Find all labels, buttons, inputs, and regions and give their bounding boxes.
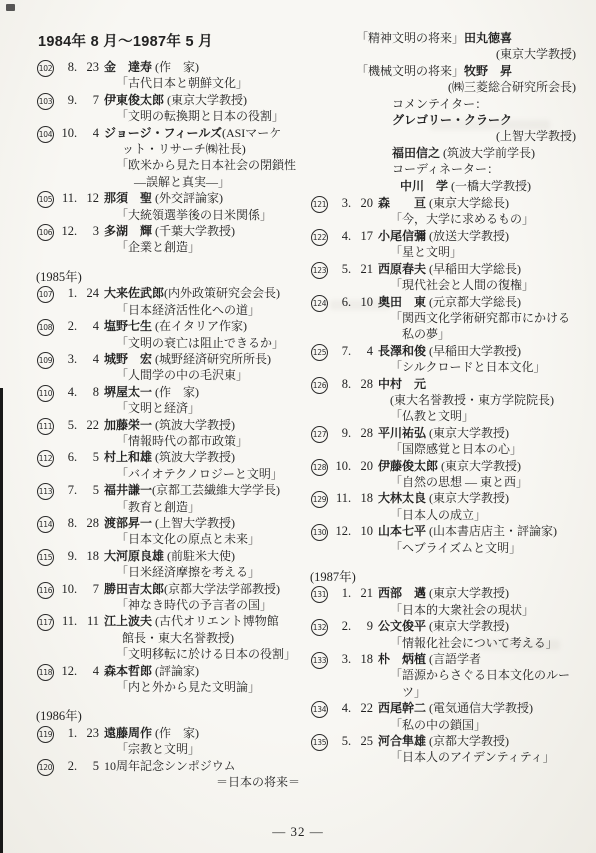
speaker-affiliation: (筑波大学前学長) (440, 146, 535, 160)
speaker-affiliation: (東京大学教授) (438, 459, 521, 473)
entry-body: 大河原良雄 (前駐米大使)「日米経済摩擦を考える」 (104, 548, 300, 581)
entry-body: 江上波夫 (古代オリエント博物館館長・東大名誉教授)「文明移転に於ける日本の役割… (104, 613, 300, 662)
entry-month: 2 (59, 318, 74, 334)
entry-date: 7.5 (59, 482, 99, 498)
entry-number-badge: 115 (37, 549, 54, 566)
speaker-affiliation: (内外政策研究会会長) (164, 286, 280, 300)
lecture-title: 「国際感覚と日本の心」 (378, 441, 576, 457)
entry-number-badge: 102 (37, 60, 54, 77)
entry-date: 9.7 (59, 92, 99, 108)
speaker-affiliation: (京都大学教授) (426, 734, 509, 748)
lecture-title: 「自然の思想 ― 東と西」 (378, 474, 576, 490)
entry-month: 9 (59, 548, 74, 564)
entry-month: 12 (59, 663, 74, 679)
speaker-line: 金 達寿 (作 家) (104, 59, 300, 75)
entry-number-badge: 112 (37, 450, 54, 467)
speaker-line: 福井謙一(京都工芸繊維大学学長) (104, 482, 300, 498)
speaker-name: 長澤和俊 (378, 344, 426, 358)
speaker-line: 伊藤俊太郎 (東京大学教授) (378, 458, 576, 474)
speaker-line: 中川 学 (一橋大学教授) (310, 178, 576, 194)
entry-date: 1.21 (333, 585, 373, 601)
lecture-entry: 1333.18朴 炳植 (言語学者「語源からさぐる日本文化のルーツ」 (310, 651, 576, 700)
lecture-title: 「古代日本と朝鮮文化」 (104, 75, 300, 91)
left-column: 1984年 8 月〜1987年 5 月 1028.23金 達寿 (作 家)「古代… (36, 30, 300, 790)
entry-month: 7 (59, 482, 74, 498)
lecture-title: 「星と文明」 (378, 244, 576, 260)
entry-day: 5 (80, 482, 99, 498)
session-title: 「機械文明の将来」 (356, 64, 464, 78)
speaker-name: 村上和雄 (104, 450, 152, 464)
entry-date: 12.3 (59, 223, 99, 239)
entry-body: 大林太良 (東京大学教授)「日本人の成立」 (378, 490, 576, 523)
entry-body: 山本七平 (山本書店店主・評論家)「ヘブライズムと文明」 (378, 523, 576, 556)
speaker-line: 大来佐武郎(内外政策研究会会長) (104, 285, 300, 301)
lecture-title: 「文明移転に於ける日本の役割」 (104, 646, 300, 662)
entry-body: 平川祐弘 (東京大学教授)「国際感覚と日本の心」 (378, 425, 576, 458)
speaker-affiliation: (外交評論家) (152, 191, 223, 205)
speaker-line: 西尾幹二 (電気通信大学教授) (378, 700, 576, 716)
entry-number-badge: 133 (311, 652, 328, 669)
speaker-line: 塩野七生 (在イタリア作家) (104, 318, 300, 334)
speaker-name: 森本哲郎 (104, 664, 152, 678)
speaker-affiliation: (京都工芸繊維大学学長) (152, 483, 280, 497)
speaker-name: 平川祐弘 (378, 426, 426, 440)
entry-day: 10 (354, 523, 373, 539)
speaker-line: 河合隼雄 (京都大学教授) (378, 733, 576, 749)
entry-month: 5 (333, 733, 348, 749)
speaker-name: 西原春夫 (378, 262, 426, 276)
speaker-affiliation: (千葉大学教授) (152, 224, 235, 238)
entry-date: 3.4 (59, 351, 99, 367)
entry-body: 森本哲郎 (評論家)「内と外から見た文明論」 (104, 663, 300, 696)
speaker-name: 渡部昇一 (104, 516, 152, 530)
speaker-line: 朴 炳植 (言語学者 (378, 651, 576, 667)
lecture-entry: 1159.18大河原良雄 (前駐米大使)「日米経済摩擦を考える」 (36, 548, 300, 581)
entry-day: 18 (80, 548, 99, 564)
speaker-line: 西部 邁 (東京大学教授) (378, 585, 576, 601)
speaker-name: 加藤栄一 (104, 418, 152, 432)
entry-number-badge: 128 (311, 459, 328, 476)
entry-date: 11.12 (59, 190, 99, 206)
speaker-line: 渡部昇一 (上智大学教授) (104, 515, 300, 531)
lecture-entry: 10612.3多湖 輝 (千葉大学教授)「企業と創造」 (36, 223, 300, 256)
entry-day: 4 (80, 351, 99, 367)
scan-artifact-corner-mark (6, 4, 15, 11)
speaker-name: 森 亘 (378, 196, 426, 210)
entry-day: 10 (354, 294, 373, 310)
entry-day: 24 (80, 285, 99, 301)
lecture-entry: 1246.10奥田 東 (元京都大学総長)「関西文化学術研究都市にかける私の夢」 (310, 294, 576, 343)
entry-date: 2.5 (59, 758, 99, 774)
lecture-entry: 1311.21西部 邁 (東京大学教授)「日本的大衆社会の現状」 (310, 585, 576, 618)
lecture-entry: 1213.20森 亘 (東京大学総長)「今，大学に求めるもの」 (310, 195, 576, 228)
lecture-entry: 1235.21西原春夫 (早稲田大学総長)「現代社会と人間の復権」 (310, 261, 576, 294)
entry-day: 21 (354, 261, 373, 277)
wrapped-text: コーディネーター： (310, 161, 576, 177)
speaker-line: 那須 聖 (外交評論家) (104, 190, 300, 206)
entry-month: 11 (59, 190, 74, 206)
period-heading: 1984年 8 月〜1987年 5 月 (38, 30, 300, 51)
lecture-title: 「欧米から見た日本社会の閉鎖性 (104, 157, 300, 173)
wrapped-text: 私の夢」 (378, 326, 576, 342)
entry-date: 8.28 (59, 515, 99, 531)
entry-month: 4 (333, 700, 348, 716)
wrapped-text: ット・リサーチ㈱社長) (104, 141, 300, 157)
speaker-affiliation: (在イタリア作家) (152, 319, 247, 333)
lecture-title: 「大統領選挙後の日米関係」 (104, 207, 300, 223)
entry-body: 西原春夫 (早稲田大学総長)「現代社会と人間の復権」 (378, 261, 576, 294)
entry-date: 2.4 (59, 318, 99, 334)
entry-month: 9 (59, 92, 74, 108)
entry-body: ジョージ・フィールズ(ASIマーケット・リサーチ㈱社長)「欧米から見た日本社会の… (104, 125, 300, 191)
speaker-line: 小尾信彌 (放送大学教授) (378, 228, 576, 244)
speaker-name: 西尾幹二 (378, 701, 426, 715)
speaker-affiliation: (筑波大学教授) (152, 450, 235, 464)
speaker-affiliation: (筑波大学教授) (152, 418, 235, 432)
lecture-entry: 1115.22加藤栄一 (筑波大学教授)「情報時代の都市政策」 (36, 417, 300, 450)
entry-body: 塩野七生 (在イタリア作家)「文明の衰亡は阻止できるか」 (104, 318, 300, 351)
lecture-title: 「日本人のアイデンティティ」 (378, 749, 576, 765)
scanned-page: 1984年 8 月〜1987年 5 月 1028.23金 達寿 (作 家)「古代… (0, 0, 596, 853)
speaker-name: 小尾信彌 (378, 229, 426, 243)
speaker-affiliation: (東京大学教授) (426, 491, 509, 505)
entry-date: 9.28 (333, 425, 373, 441)
lecture-title: 「文明と経済」 (104, 400, 300, 416)
entry-day: 22 (80, 417, 99, 433)
entry-day: 28 (354, 376, 373, 392)
speaker-line: 多湖 輝 (千葉大学教授) (104, 223, 300, 239)
entry-number-badge: 121 (311, 196, 328, 213)
entry-body: 奥田 東 (元京都大学総長)「関西文化学術研究都市にかける私の夢」 (378, 294, 576, 343)
entry-month: 11 (333, 490, 348, 506)
speaker-affiliation: (作 家) (152, 60, 199, 74)
speaker-affiliation: (作 家) (152, 385, 199, 399)
speaker-affiliation: (前駐米大使) (164, 549, 235, 563)
entry-body: 西部 邁 (東京大学教授)「日本的大衆社会の現状」 (378, 585, 576, 618)
lecture-title: 「情報時代の都市政策」 (104, 433, 300, 449)
entry-day: 4 (80, 125, 99, 141)
entry-date: 6.5 (59, 449, 99, 465)
entry-date: 1.24 (59, 285, 99, 301)
lecture-title: 「今，大学に求めるもの」 (378, 211, 576, 227)
entry-month: 3 (333, 651, 348, 667)
entry-month: 2 (333, 618, 348, 634)
speaker-name: 中村 元 (378, 377, 426, 391)
speaker-line: 村上和雄 (筑波大学教授) (104, 449, 300, 465)
entry-day: 20 (354, 458, 373, 474)
speaker-name: 河合隼雄 (378, 734, 426, 748)
lecture-entry: 1039.7伊東俊太郎 (東京大学教授)「文明の転換期と日本の役割」 (36, 92, 300, 125)
entry-month: 10 (59, 581, 74, 597)
entry-body: 長澤和俊 (早稲田大学教授)「シルクロードと日本文化」 (378, 343, 576, 376)
entry-body: 10周年記念シンポジウム＝日本の将来＝ (104, 758, 300, 791)
lecture-entry: 1071.24大来佐武郎(内外政策研究会会長)「日本経済活性化への道」 (36, 285, 300, 318)
entry-day: 4 (80, 318, 99, 334)
entry-day: 20 (354, 195, 373, 211)
entry-body: 西尾幹二 (電気通信大学教授)「私の中の鎖国」 (378, 700, 576, 733)
right-column: 「精神文明の将来」田丸徳喜(東京大学教授)「機械文明の将来」牧野 昇(㈱三菱総合… (310, 30, 576, 766)
entry-day: 3 (80, 223, 99, 239)
entry-number-badge: 104 (37, 126, 54, 143)
lecture-entry: 1279.28平川祐弘 (東京大学教授)「国際感覚と日本の心」 (310, 425, 576, 458)
speaker-affiliation: (東京大学教授) (426, 426, 509, 440)
lecture-entry: 11711.11江上波夫 (古代オリエント博物館館長・東大名誉教授)「文明移転に… (36, 613, 300, 662)
entry-day: 5 (80, 758, 99, 774)
entry-date: 1.23 (59, 725, 99, 741)
lecture-title: 「仏教と文明」 (378, 408, 576, 424)
wrapped-text: ―誤解と真実―」 (104, 174, 300, 190)
lecture-entry: 1137.5福井謙一(京都工芸繊維大学学長)「教育と創造」 (36, 482, 300, 515)
entry-date: 3.20 (333, 195, 373, 211)
entry-month: 3 (59, 351, 74, 367)
entry-date: 3.18 (333, 651, 373, 667)
speaker-name: 伊東俊太郎 (104, 93, 164, 107)
speaker-line: 公文俊平 (東京大学教授) (378, 618, 576, 634)
entry-body: 大来佐武郎(内外政策研究会会長)「日本経済活性化への道」 (104, 285, 300, 318)
speaker-name: 朴 炳植 (378, 652, 426, 666)
entry-month: 2 (59, 758, 74, 774)
entry-date: 12.4 (59, 663, 99, 679)
entry-number-badge: 106 (37, 224, 54, 241)
lecture-entry: 1202.510周年記念シンポジウム＝日本の将来＝ (36, 758, 300, 791)
lecture-entry: 1344.22西尾幹二 (電気通信大学教授)「私の中の鎖国」 (310, 700, 576, 733)
speaker-line: ジョージ・フィールズ(ASIマーケ (104, 125, 300, 141)
lecture-entry: 1257.4長澤和俊 (早稲田大学教授)「シルクロードと日本文化」 (310, 343, 576, 376)
entry-body: 森 亘 (東京大学総長)「今，大学に求めるもの」 (378, 195, 576, 228)
lecture-entry: 1268.28中村 元(東大名誉教授・東方学院院長)「仏教と文明」 (310, 376, 576, 425)
lecture-title: 「企業と創造」 (104, 239, 300, 255)
scan-artifact-edge-line (0, 388, 3, 853)
entry-day: 12 (80, 190, 99, 206)
speaker-name: 金 達寿 (104, 60, 152, 74)
entry-day: 9 (354, 618, 373, 634)
entry-day: 4 (354, 343, 373, 359)
entry-month: 12 (333, 523, 348, 539)
entry-number-badge: 105 (37, 191, 54, 208)
page-number: — 32 — (0, 824, 596, 840)
speaker-affiliation: (評論家) (152, 664, 199, 678)
entry-body: 渡部昇一 (上智大学教授)「日本文化の原点と未来」 (104, 515, 300, 548)
lecture-title: 「日本的大衆社会の現状」 (378, 602, 576, 618)
right-column-entries: 「精神文明の将来」田丸徳喜(東京大学教授)「機械文明の将来」牧野 昇(㈱三菱総合… (310, 30, 576, 766)
speaker-name: 勝田吉太郎 (104, 582, 164, 596)
speaker-name: 城野 宏 (104, 352, 152, 366)
lecture-title: 「文明の転換期と日本の役割」 (104, 108, 300, 124)
entry-month: 9 (333, 425, 348, 441)
entry-day: 28 (354, 425, 373, 441)
speaker-affiliation: (一橋大学教授) (448, 179, 531, 193)
entry-body: 金 達寿 (作 家)「古代日本と朝鮮文化」 (104, 59, 300, 92)
speaker-affiliation: (作 家) (152, 726, 199, 740)
entry-day: 7 (80, 581, 99, 597)
speaker-affiliation: (早稲田大学総長) (426, 262, 521, 276)
speaker-line: 山本七平 (山本書店店主・評論家) (378, 523, 576, 539)
speaker-line: 奥田 東 (元京都大学総長) (378, 294, 576, 310)
symposium-session-line: 「精神文明の将来」田丸徳喜 (310, 30, 576, 46)
lecture-title: 「シルクロードと日本文化」 (378, 359, 576, 375)
entry-number-badge: 130 (311, 524, 328, 541)
entry-day: 25 (354, 733, 373, 749)
entry-day: 8 (80, 384, 99, 400)
entry-number-badge: 114 (37, 516, 54, 533)
speaker-affiliation: (ASIマーケ (222, 126, 281, 140)
entry-month: 4 (333, 228, 348, 244)
entry-month: 11 (59, 613, 74, 629)
speaker-name: 山本七平 (378, 524, 426, 538)
entry-body: 堺屋太一 (作 家)「文明と経済」 (104, 384, 300, 417)
speaker-affiliation: (東京大学教授) (164, 93, 247, 107)
speaker-name: 大河原良雄 (104, 549, 164, 563)
speaker-affiliation: (東京大学教授) (310, 46, 576, 62)
speaker-line: 森本哲郎 (評論家) (104, 663, 300, 679)
speaker-line: 大河原良雄 (前駐米大使) (104, 548, 300, 564)
entry-date: 8.28 (333, 376, 373, 392)
entry-number-badge: 120 (37, 759, 54, 776)
lecture-title: 「ヘブライズムと文明」 (378, 540, 576, 556)
entry-body: 伊藤俊太郎 (東京大学教授)「自然の思想 ― 東と西」 (378, 458, 576, 491)
entry-number-badge: 108 (37, 319, 54, 336)
wrapped-text: ツ」 (378, 684, 576, 700)
lecture-title: 「文明の衰亡は阻止できるか」 (104, 335, 300, 351)
speaker-line: 遠藤周作 (作 家) (104, 725, 300, 741)
entry-date: 10.4 (59, 125, 99, 141)
entry-number-badge: 135 (311, 734, 328, 751)
speaker-name: 田丸徳喜 (464, 31, 512, 45)
entry-day: 7 (80, 92, 99, 108)
lecture-title: 「日米経済摩擦を考える」 (104, 564, 300, 580)
entry-month: 3 (333, 195, 348, 211)
lecture-entry: 1322.9公文俊平 (東京大学教授)「情報化社会について考える」 (310, 618, 576, 651)
lecture-title: 「日本人の成立」 (378, 507, 576, 523)
entry-month: 6 (59, 449, 74, 465)
speaker-affiliation: (東京大学総長) (426, 196, 509, 210)
year-heading: (1985年) (36, 269, 300, 285)
entry-body: 村上和雄 (筑波大学教授)「バイオテクノロジーと文明」 (104, 449, 300, 482)
wrapped-text: 10周年記念シンポジウム (104, 758, 300, 774)
lecture-entry: 1104.8堺屋太一 (作 家)「文明と経済」 (36, 384, 300, 417)
lecture-title: 「宗教と文明」 (104, 741, 300, 757)
entry-body: 勝田吉太郎(京都大学法学部教授)「神なき時代の予言者の国」 (104, 581, 300, 614)
speaker-name: 中川 学 (400, 179, 448, 193)
entry-body: 朴 炳植 (言語学者「語源からさぐる日本文化のルーツ」 (378, 651, 576, 700)
entry-day: 18 (354, 490, 373, 506)
entry-number-badge: 123 (311, 262, 328, 279)
lecture-title: 「現代社会と人間の復権」 (378, 277, 576, 293)
lecture-entry: 1028.23金 達寿 (作 家)「古代日本と朝鮮文化」 (36, 59, 300, 92)
symposium-details: 「精神文明の将来」田丸徳喜(東京大学教授)「機械文明の将来」牧野 昇(㈱三菱総合… (310, 30, 576, 194)
entry-month: 10 (333, 458, 348, 474)
speaker-name: ジョージ・フィールズ (104, 126, 222, 140)
speaker-line: 勝田吉太郎(京都大学法学部教授) (104, 581, 300, 597)
entry-date: 4.17 (333, 228, 373, 244)
entry-date: 10.7 (59, 581, 99, 597)
entry-date: 9.18 (59, 548, 99, 564)
entry-month: 6 (333, 294, 348, 310)
lecture-entry: 1191.23遠藤周作 (作 家)「宗教と文明」 (36, 725, 300, 758)
entry-number-badge: 118 (37, 664, 54, 681)
entry-month: 5 (333, 261, 348, 277)
speaker-affiliation: (古代オリエント博物館 (152, 614, 279, 628)
speaker-name: 大林太良 (378, 491, 426, 505)
lecture-title: 「教育と創造」 (104, 499, 300, 515)
entry-number-badge: 103 (37, 93, 54, 110)
speaker-name: 塩野七生 (104, 319, 152, 333)
speaker-affiliation: (上智大学教授) (152, 516, 235, 530)
session-title: 「精神文明の将来」 (356, 31, 464, 45)
entry-body: 小尾信彌 (放送大学教授)「星と文明」 (378, 228, 576, 261)
lecture-title: 「内と外から見た文明論」 (104, 679, 300, 695)
entry-number-badge: 119 (37, 726, 54, 743)
entry-day: 22 (354, 700, 373, 716)
entry-number-badge: 134 (311, 701, 328, 718)
entry-number-badge: 132 (311, 619, 328, 636)
speaker-affiliation: (東京大学教授) (426, 619, 509, 633)
lecture-entry: 11812.4森本哲郎 (評論家)「内と外から見た文明論」 (36, 663, 300, 696)
entry-month: 1 (59, 285, 74, 301)
speaker-affiliation: (㈱三菱総合研究所会長) (310, 79, 576, 95)
entry-number-badge: 126 (311, 377, 328, 394)
speaker-line: 伊東俊太郎 (東京大学教授) (104, 92, 300, 108)
speaker-affiliation: (京都大学法学部教授) (164, 582, 280, 596)
lecture-title: 「関西文化学術研究都市にかける (378, 310, 576, 326)
speaker-name: 那須 聖 (104, 191, 152, 205)
lecture-entry: 12810.20伊藤俊太郎 (東京大学教授)「自然の思想 ― 東と西」 (310, 458, 576, 491)
entry-body: 多湖 輝 (千葉大学教授)「企業と創造」 (104, 223, 300, 256)
lecture-title: 「人間学の中の毛沢東」 (104, 367, 300, 383)
entry-number-badge: 129 (311, 491, 328, 508)
entry-body: 河合隼雄 (京都大学教授)「日本人のアイデンティティ」 (378, 733, 576, 766)
speaker-name: 堺屋太一 (104, 385, 152, 399)
entry-number-badge: 124 (311, 295, 328, 312)
entry-body: 加藤栄一 (筑波大学教授)「情報時代の都市政策」 (104, 417, 300, 450)
lecture-entry: 10410.4ジョージ・フィールズ(ASIマーケット・リサーチ㈱社長)「欧米から… (36, 125, 300, 191)
left-column-entries: 1028.23金 達寿 (作 家)「古代日本と朝鮮文化」1039.7伊東俊太郎 … (36, 59, 300, 790)
wrapped-text: (東大名誉教授・東方学院院長) (378, 392, 576, 408)
entry-body: 伊東俊太郎 (東京大学教授)「文明の転換期と日本の役割」 (104, 92, 300, 125)
entry-day: 21 (354, 585, 373, 601)
entry-month: 1 (333, 585, 348, 601)
speaker-name: 江上波夫 (104, 614, 152, 628)
entry-day: 28 (80, 515, 99, 531)
entry-day: 23 (80, 725, 99, 741)
speaker-name: 多湖 輝 (104, 224, 152, 238)
speaker-affiliation: (山本書店店主・評論家) (426, 524, 557, 538)
entry-number-badge: 125 (311, 344, 328, 361)
wrapped-text: コメンテイター： (310, 96, 576, 112)
lecture-title: 「日本文化の原点と未来」 (104, 531, 300, 547)
entry-month: 8 (59, 515, 74, 531)
entry-date: 5.25 (333, 733, 373, 749)
lecture-entry: 1224.17小尾信彌 (放送大学教授)「星と文明」 (310, 228, 576, 261)
entry-date: 4.8 (59, 384, 99, 400)
entry-month: 5 (59, 417, 74, 433)
lecture-entry: 1126.5村上和雄 (筑波大学教授)「バイオテクノロジーと文明」 (36, 449, 300, 482)
entry-number-badge: 131 (311, 586, 328, 603)
entry-date: 7.4 (333, 343, 373, 359)
lecture-entry: 1148.28渡部昇一 (上智大学教授)「日本文化の原点と未来」 (36, 515, 300, 548)
speaker-line: 中村 元 (378, 376, 576, 392)
entry-number-badge: 117 (37, 614, 54, 631)
entry-body: 城野 宏 (城野経済研究所所長)「人間学の中の毛沢東」 (104, 351, 300, 384)
entry-date: 2.9 (333, 618, 373, 634)
speaker-affiliation: (言語学者 (426, 652, 481, 666)
entry-day: 5 (80, 449, 99, 465)
entry-number-badge: 111 (37, 418, 54, 435)
speaker-affiliation: (城野経済研究所所長) (152, 352, 271, 366)
entry-day: 18 (354, 651, 373, 667)
entry-number-badge: 127 (311, 426, 328, 443)
lecture-entry: 10511.12那須 聖 (外交評論家)「大統領選挙後の日米関係」 (36, 190, 300, 223)
